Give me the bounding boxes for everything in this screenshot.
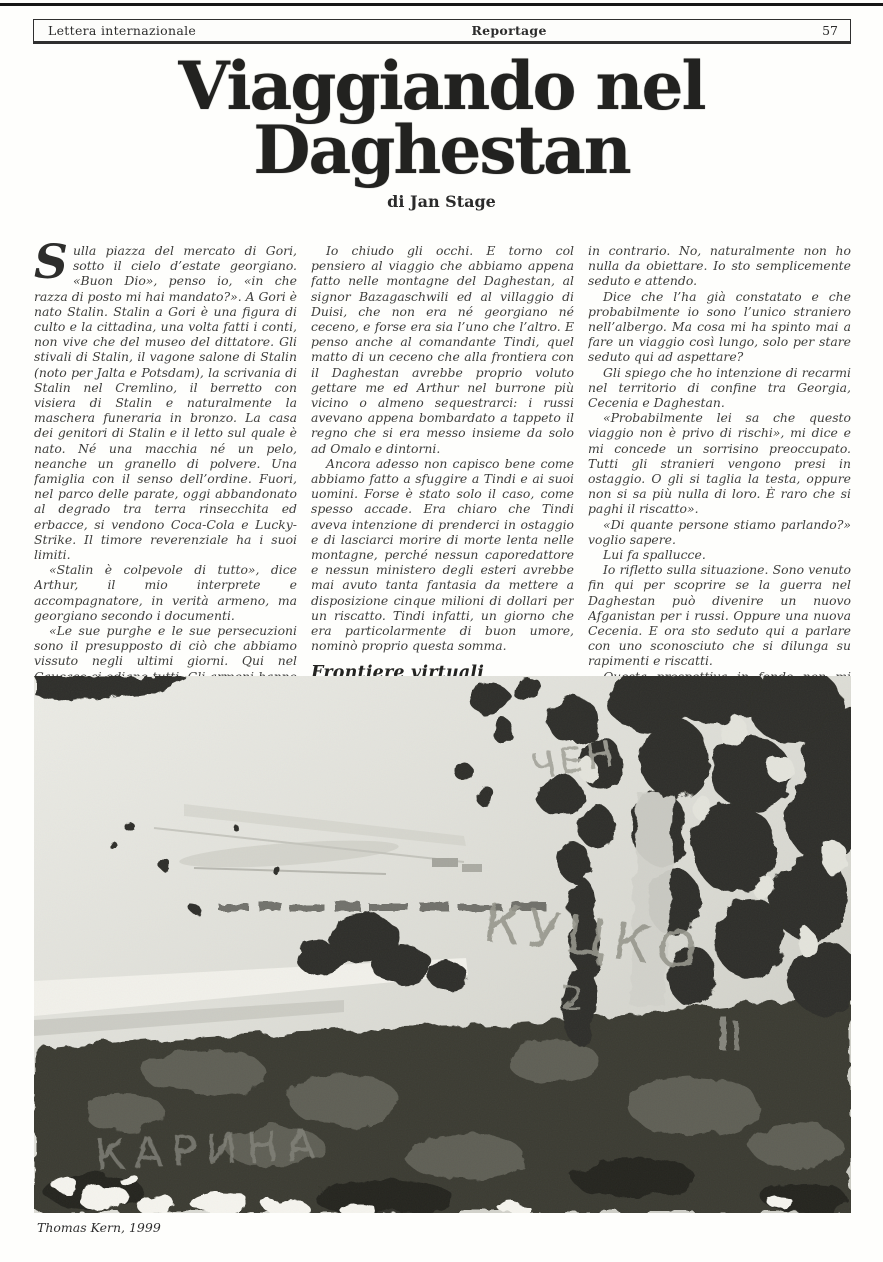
column-2: Io chiudo gli occhi. E torno col pensier… [311, 243, 574, 677]
paragraph: Lui fa spallucce. [588, 547, 851, 562]
article-title-block: Viaggiando nel Daghestan di Jan Stage [0, 54, 883, 211]
magazine-page: Lettera internazionale Reportage 57 Viag… [0, 0, 883, 1262]
column-3: in contrario. No, naturalmente non ho nu… [588, 243, 851, 677]
paragraph: Io chiudo gli occhi. E torno col pensier… [311, 243, 574, 456]
photo-caption: Thomas Kern, 1999 [37, 1220, 161, 1235]
drop-cap: S [34, 243, 73, 281]
paragraph-text: ulla piazza del mercato di Gori, sotto i… [34, 243, 297, 562]
section-name: Reportage [471, 23, 546, 38]
paragraph: Sulla piazza del mercato di Gori, sotto … [34, 243, 297, 562]
paragraph: in contrario. No, naturalmente non ho nu… [588, 243, 851, 289]
paragraph: Ancora adesso non capisco bene come abbi… [311, 456, 574, 654]
byline: di Jan Stage [0, 192, 883, 211]
journal-name: Lettera internazionale [34, 23, 196, 38]
paragraph: Gli spiego che ho intenzione di recarmi … [588, 365, 851, 411]
photo-illustration: ЧЕН КУЦКО 2 КАРИНА [34, 676, 851, 1213]
paragraph: Io rifletto sulla situazione. Sono venut… [588, 562, 851, 668]
article-body: Sulla piazza del mercato di Gori, sotto … [34, 243, 851, 677]
paragraph: «Probabilmente lei sa che questo viaggio… [588, 410, 851, 516]
paragraph: «Stalin è colpevole di tutto», dice Arth… [34, 562, 297, 623]
film-grain [34, 676, 851, 1213]
page-number: 57 [822, 23, 850, 38]
photo-airport-window: ЧЕН КУЦКО 2 КАРИНА [34, 676, 851, 1213]
article-title-line1: Viaggiando nel [0, 54, 883, 118]
paragraph: «Le sue purghe e le sue persecuzioni son… [34, 623, 297, 677]
article-title-line2: Daghestan [0, 118, 883, 182]
column-1: Sulla piazza del mercato di Gori, sotto … [34, 243, 297, 677]
running-head: Lettera internazionale Reportage 57 [33, 19, 851, 44]
paragraph: Dice che l’ha già constatato e che proba… [588, 289, 851, 365]
paragraph: «Di quante persone stiamo parlando?» vog… [588, 517, 851, 547]
scan-top-edge [0, 3, 883, 6]
